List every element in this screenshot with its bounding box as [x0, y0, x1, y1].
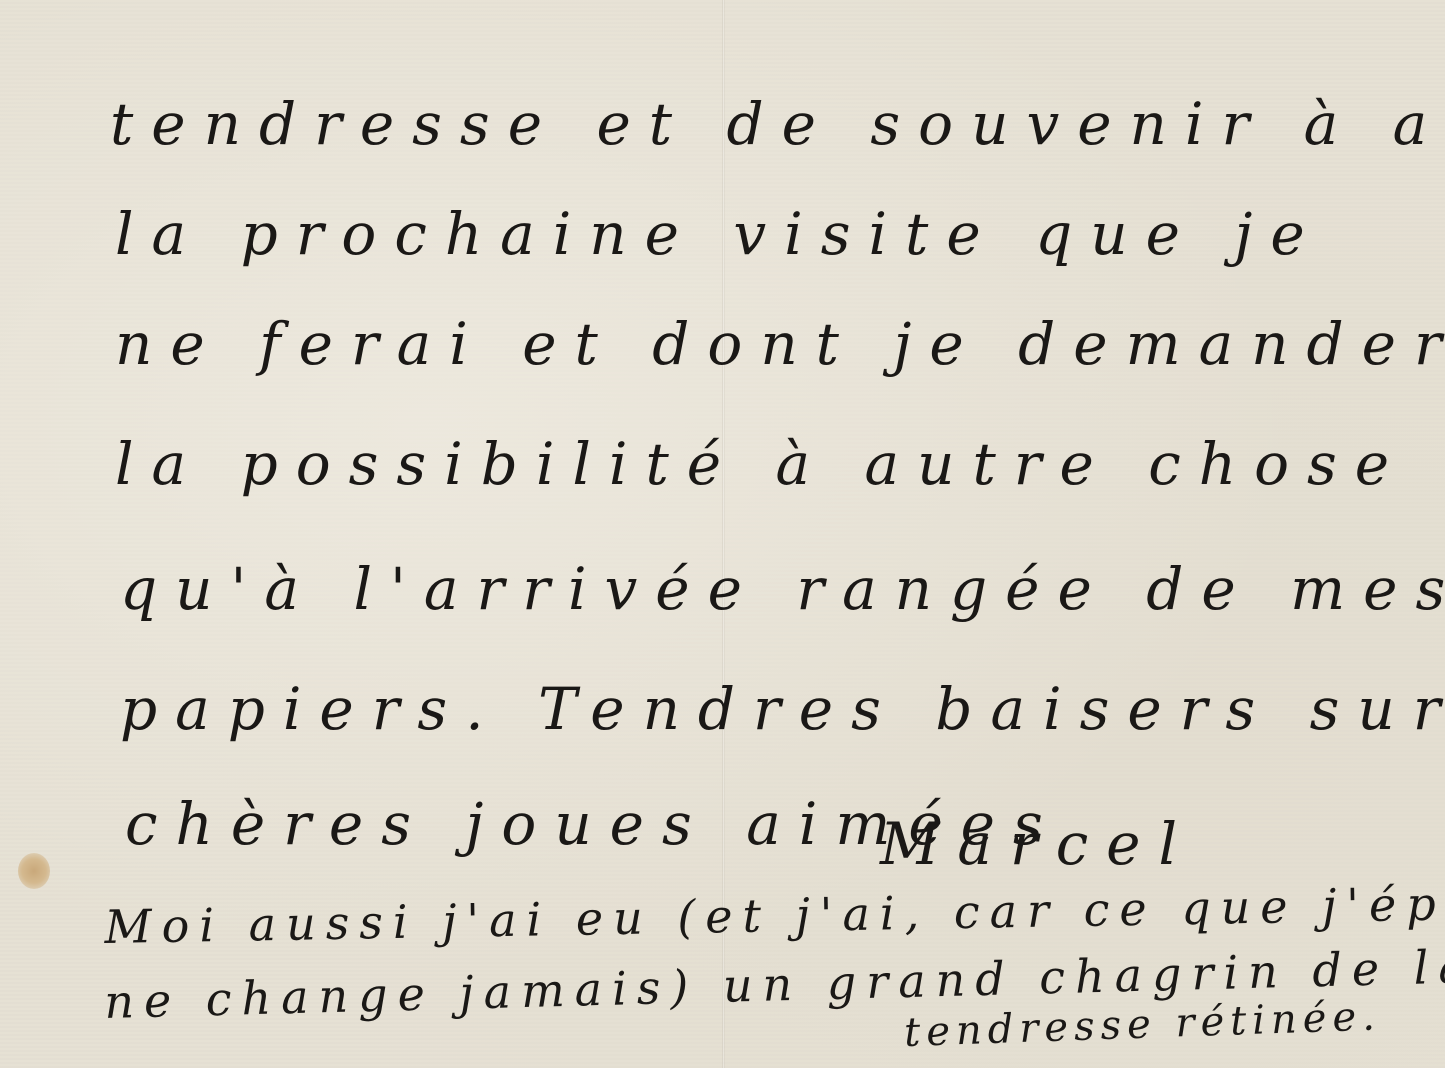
- paper-stain: [18, 853, 50, 889]
- handwritten-line-3: ne ferai et dont je demanderai: [115, 310, 1445, 378]
- signature: Marcel: [880, 810, 1195, 878]
- handwritten-line-6: papiers. Tendres baisers sur les quatre: [120, 675, 1445, 743]
- handwritten-line-1: tendresse et de souvenir à attendre: [110, 90, 1445, 158]
- handwritten-line-4: la possibilité à autre chose: [115, 430, 1407, 498]
- handwritten-line-8: Moi aussi j'ai eu (et j'ai, car ce que j…: [104, 873, 1445, 954]
- handwritten-line-2: la prochaine visite que je: [115, 200, 1323, 268]
- handwritten-line-5: qu'à l'arrivée rangée de mes: [120, 555, 1445, 623]
